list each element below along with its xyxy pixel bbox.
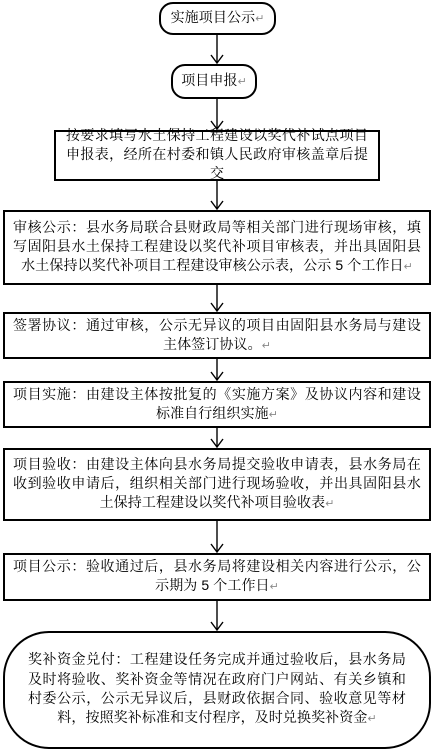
flow-node-agreement-signing-label: 签署协议：通过审核，公示无异议的项目由固阳县水务局与建设主体签订协议。↵	[5, 316, 429, 356]
flow-arrow-6	[208, 428, 226, 448]
flow-node-project-application-label: 项目申报↵	[173, 71, 255, 92]
flow-node-acceptance-publicity: 项目公示：验收通过后，县水务局将建设相关内容进行公示，公示期为 5 个工作日↵	[3, 553, 431, 601]
paragraph-mark: ↵	[325, 498, 334, 510]
flow-arrow-1	[208, 35, 226, 64]
flow-node-review-publicity-label: 审核公示：县水务局联合县财政局等相关部门进行现场审核，填写固阳县水土保持工程建设…	[5, 218, 429, 276]
flow-arrow-4	[208, 285, 226, 312]
flow-node-fund-payment: 奖补资金兑付：工程建设任务完成并通过验收后，县水务局及时将验收、奖补资金等情况在…	[3, 631, 431, 749]
paragraph-mark: ↵	[270, 581, 279, 593]
flow-node-project-publicity: 实施项目公示↵	[159, 2, 276, 35]
flow-node-project-implementation: 项目实施：由建设主体按批复的《实施方案》及协议内容和建设标准自行组织实施↵	[3, 381, 431, 428]
flow-node-project-publicity-label: 实施项目公示↵	[161, 8, 274, 29]
flow-node-project-application: 项目申报↵	[171, 64, 257, 99]
flow-arrow-7	[208, 521, 226, 553]
paragraph-mark: ↵	[238, 76, 247, 88]
paragraph-mark: ↵	[269, 409, 278, 421]
flow-node-agreement-signing: 签署协议：通过审核，公示无异议的项目由固阳县水务局与建设主体签订协议。↵	[3, 312, 431, 359]
flow-node-application-form-label: 按要求填写水土保持工程建设以奖代补试点项目申报表，经所在村委和镇人民政府审核盖章…	[56, 126, 378, 184]
flow-node-project-acceptance: 项目验收：由建设主体向县水务局提交验收申请表，县水务局在收到验收申请后，组织相关…	[3, 448, 431, 521]
flowchart-canvas: 实施项目公示↵ 项目申报↵ 按要求填写水土保持工程建设以奖代补试点项目申报表，经…	[0, 0, 434, 753]
flow-node-fund-payment-label: 奖补资金兑付：工程建设任务完成并通过验收后，县水务局及时将验收、奖补资金等情况在…	[5, 650, 429, 729]
flow-node-acceptance-publicity-label: 项目公示：验收通过后，县水务局将建设相关内容进行公示，公示期为 5 个工作日↵	[5, 557, 429, 597]
flow-arrow-8	[208, 601, 226, 631]
paragraph-mark: ↵	[367, 713, 376, 725]
flow-node-review-publicity: 审核公示：县水务局联合县财政局等相关部门进行现场审核，填写固阳县水土保持工程建设…	[3, 210, 431, 285]
paragraph-mark: ↵	[262, 340, 271, 352]
flow-node-application-form: 按要求填写水土保持工程建设以奖代补试点项目申报表，经所在村委和镇人民政府审核盖章…	[54, 130, 380, 181]
flow-arrow-3	[208, 181, 226, 210]
paragraph-mark: ↵	[404, 261, 413, 273]
flow-arrow-5	[208, 359, 226, 381]
flow-node-project-acceptance-label: 项目验收：由建设主体向县水务局提交验收申请表，县水务局在收到验收申请后，组织相关…	[5, 455, 429, 513]
paragraph-mark: ↵	[255, 13, 264, 25]
flow-node-project-implementation-label: 项目实施：由建设主体按批复的《实施方案》及协议内容和建设标准自行组织实施↵	[5, 385, 429, 425]
